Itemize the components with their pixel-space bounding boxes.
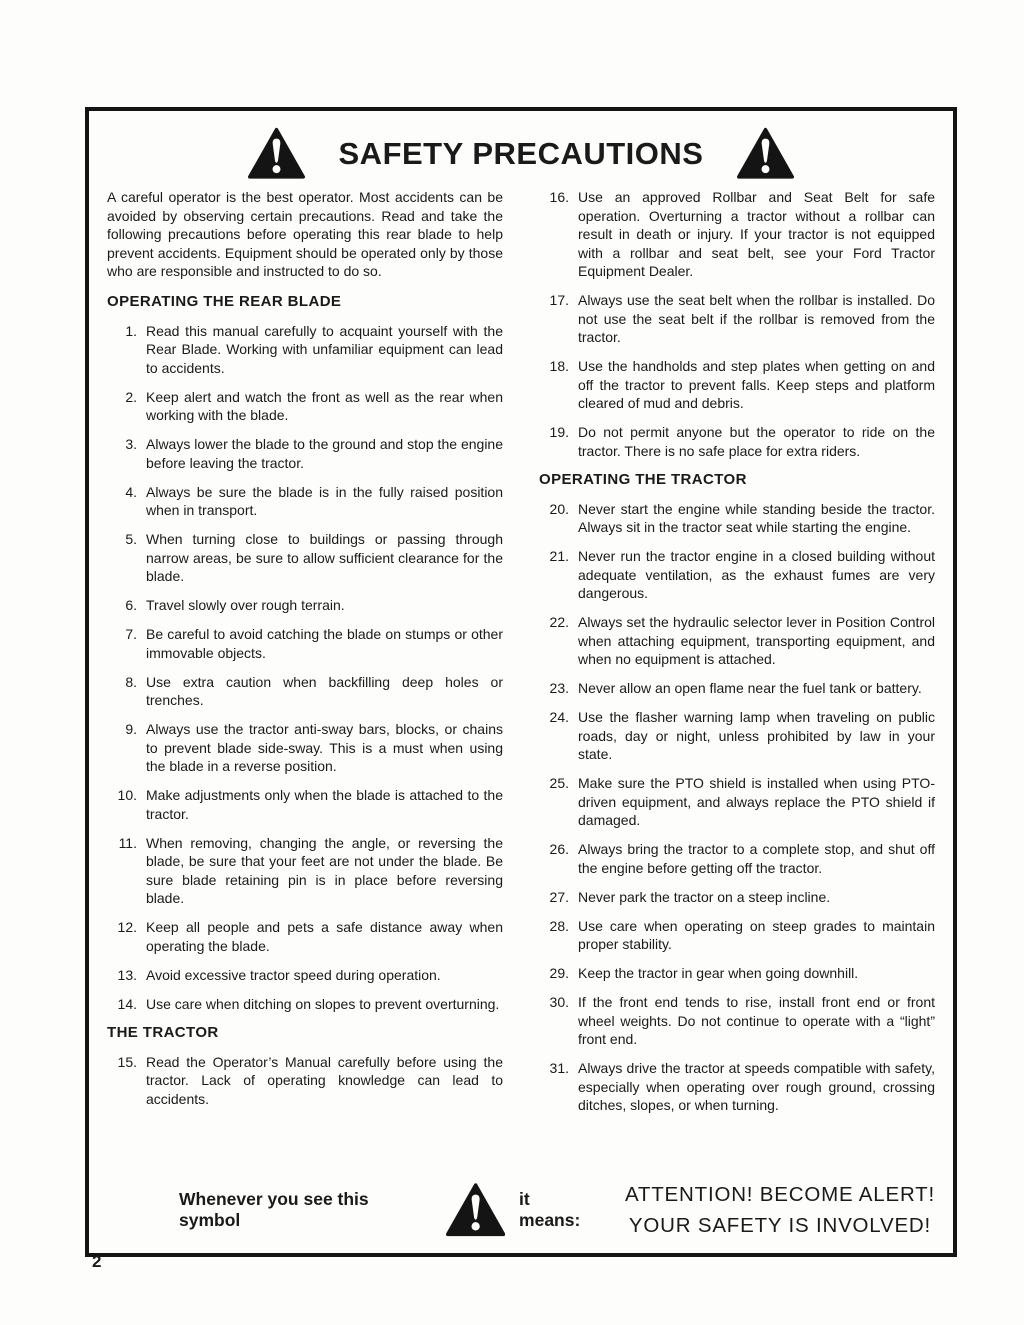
list-item: 9.Always use the tractor anti-sway bars,… <box>107 720 503 776</box>
item-text: Make sure the PTO shield is installed wh… <box>578 774 935 830</box>
item-text: Make adjustments only when the blade is … <box>146 786 503 823</box>
item-text: When removing, changing the angle, or re… <box>146 834 503 908</box>
item-text: Use extra caution when backfilling deep … <box>146 673 503 710</box>
section-heading: OPERATING THE TRACTOR <box>539 471 935 488</box>
item-text: Always use the tractor anti-sway bars, b… <box>146 720 503 776</box>
footer-symbol-legend: Whenever you see this symbol it means: A… <box>107 1177 935 1245</box>
item-number: 30. <box>539 993 578 1049</box>
item-text: If the front end tends to rise, install … <box>578 993 935 1049</box>
list-item: 13.Avoid excessive tractor speed during … <box>107 966 503 985</box>
list-item: 21.Never run the tractor engine in a clo… <box>539 547 935 603</box>
list-item: 22.Always set the hydraulic selector lev… <box>539 613 935 669</box>
section-heading: OPERATING THE REAR BLADE <box>107 293 503 310</box>
item-text: Always set the hydraulic selector lever … <box>578 613 935 669</box>
list-item: 23.Never allow an open flame near the fu… <box>539 679 935 698</box>
list-item: 11.When removing, changing the angle, or… <box>107 834 503 908</box>
item-text: Always bring the tractor to a complete s… <box>578 840 935 877</box>
item-number: 13. <box>107 966 146 985</box>
item-text: Use an approved Rollbar and Seat Belt fo… <box>578 188 935 281</box>
item-text: Avoid excessive tractor speed during ope… <box>146 966 503 985</box>
footer-means-text: it means: <box>519 1189 595 1231</box>
item-number: 22. <box>539 613 578 669</box>
attention-line-1: ATTENTION! BECOME ALERT! <box>625 1179 935 1210</box>
list-item: 20.Never start the engine while standing… <box>539 500 935 537</box>
list-item: 6.Travel slowly over rough terrain. <box>107 596 503 615</box>
item-number: 31. <box>539 1059 578 1115</box>
attention-line-2: YOUR SAFETY IS INVOLVED! <box>625 1210 935 1241</box>
list-item: 12.Keep all people and pets a safe dista… <box>107 918 503 955</box>
item-text: Never run the tractor engine in a closed… <box>578 547 935 603</box>
list-item: 4.Always be sure the blade is in the ful… <box>107 483 503 520</box>
list-item: 15.Read the Operator’s Manual carefully … <box>107 1053 503 1109</box>
item-number: 28. <box>539 917 578 954</box>
list-item: 19.Do not permit anyone but the operator… <box>539 423 935 460</box>
page-header: SAFETY PRECAUTIONS <box>107 121 935 188</box>
item-text: Read this manual carefully to acquaint y… <box>146 322 503 378</box>
list-item: 8.Use extra caution when backfilling dee… <box>107 673 503 710</box>
item-text: Always drive the tractor at speeds compa… <box>578 1059 935 1115</box>
list-item: 14.Use care when ditching on slopes to p… <box>107 995 503 1014</box>
item-text: Use care when ditching on slopes to prev… <box>146 995 503 1014</box>
item-number: 24. <box>539 708 578 764</box>
item-number: 21. <box>539 547 578 603</box>
list-item: 29.Keep the tractor in gear when going d… <box>539 964 935 983</box>
left-column: A careful operator is the best operator.… <box>107 188 503 1177</box>
item-number: 5. <box>107 530 146 586</box>
item-number: 15. <box>107 1053 146 1109</box>
item-text: When turning close to buildings or passi… <box>146 530 503 586</box>
list-item: 16.Use an approved Rollbar and Seat Belt… <box>539 188 935 281</box>
list-item: 30.If the front end tends to rise, insta… <box>539 993 935 1049</box>
list-item: 10.Make adjustments only when the blade … <box>107 786 503 823</box>
intro-paragraph: A careful operator is the best operator.… <box>107 188 503 281</box>
item-text: Be careful to avoid catching the blade o… <box>146 625 503 662</box>
item-text: Always be sure the blade is in the fully… <box>146 483 503 520</box>
item-number: 8. <box>107 673 146 710</box>
item-number: 3. <box>107 435 146 472</box>
attention-message: ATTENTION! BECOME ALERT! YOUR SAFETY IS … <box>625 1179 935 1241</box>
item-number: 16. <box>539 188 578 281</box>
list-item: 17.Always use the seat belt when the rol… <box>539 291 935 347</box>
item-text: Do not permit anyone but the operator to… <box>578 423 935 460</box>
item-text: Always lower the blade to the ground and… <box>146 435 503 472</box>
item-text: Use the flasher warning lamp when travel… <box>578 708 935 764</box>
right-column: 16.Use an approved Rollbar and Seat Belt… <box>539 188 935 1177</box>
list-item: 18.Use the handholds and step plates whe… <box>539 357 935 413</box>
section-heading: THE TRACTOR <box>107 1024 503 1041</box>
item-number: 12. <box>107 918 146 955</box>
item-number: 9. <box>107 720 146 776</box>
list-item: 1.Read this manual carefully to acquaint… <box>107 322 503 378</box>
item-number: 10. <box>107 786 146 823</box>
item-number: 7. <box>107 625 146 662</box>
warning-triangle-icon <box>446 1182 505 1238</box>
item-number: 19. <box>539 423 578 460</box>
item-number: 6. <box>107 596 146 615</box>
item-number: 2. <box>107 388 146 425</box>
item-text: Travel slowly over rough terrain. <box>146 596 503 615</box>
item-text: Keep the tractor in gear when going down… <box>578 964 935 983</box>
item-number: 23. <box>539 679 578 698</box>
list-item: 5.When turning close to buildings or pas… <box>107 530 503 586</box>
warning-triangle-icon <box>248 127 305 180</box>
list-item: 28.Use care when operating on steep grad… <box>539 917 935 954</box>
item-number: 1. <box>107 322 146 378</box>
warning-triangle-icon <box>737 127 794 180</box>
item-text: Never allow an open flame near the fuel … <box>578 679 935 698</box>
footer-lead-text: Whenever you see this symbol <box>179 1189 432 1231</box>
item-text: Always use the seat belt when the rollba… <box>578 291 935 347</box>
item-number: 26. <box>539 840 578 877</box>
page-number: 2 <box>92 1252 101 1272</box>
item-text: Never park the tractor on a steep inclin… <box>578 888 935 907</box>
item-text: Use care when operating on steep grades … <box>578 917 935 954</box>
item-text: Keep alert and watch the front as well a… <box>146 388 503 425</box>
list-item: 24.Use the flasher warning lamp when tra… <box>539 708 935 764</box>
item-number: 4. <box>107 483 146 520</box>
list-item: 3.Always lower the blade to the ground a… <box>107 435 503 472</box>
list-item: 26.Always bring the tractor to a complet… <box>539 840 935 877</box>
item-text: Never start the engine while standing be… <box>578 500 935 537</box>
manual-page: SAFETY PRECAUTIONS A careful operator is… <box>0 0 1024 1325</box>
list-item: 25.Make sure the PTO shield is installed… <box>539 774 935 830</box>
item-number: 29. <box>539 964 578 983</box>
list-item: 31.Always drive the tractor at speeds co… <box>539 1059 935 1115</box>
item-number: 17. <box>539 291 578 347</box>
list-item: 7.Be careful to avoid catching the blade… <box>107 625 503 662</box>
item-number: 14. <box>107 995 146 1014</box>
item-number: 27. <box>539 888 578 907</box>
list-item: 27.Never park the tractor on a steep inc… <box>539 888 935 907</box>
page-title: SAFETY PRECAUTIONS <box>339 136 704 172</box>
item-text: Keep all people and pets a safe distance… <box>146 918 503 955</box>
item-text: Read the Operator’s Manual carefully bef… <box>146 1053 503 1109</box>
item-number: 20. <box>539 500 578 537</box>
two-column-body: A careful operator is the best operator.… <box>107 188 935 1177</box>
item-text: Use the handholds and step plates when g… <box>578 357 935 413</box>
item-number: 18. <box>539 357 578 413</box>
item-number: 11. <box>107 834 146 908</box>
page-border-frame: SAFETY PRECAUTIONS A careful operator is… <box>85 107 957 1257</box>
list-item: 2.Keep alert and watch the front as well… <box>107 388 503 425</box>
item-number: 25. <box>539 774 578 830</box>
